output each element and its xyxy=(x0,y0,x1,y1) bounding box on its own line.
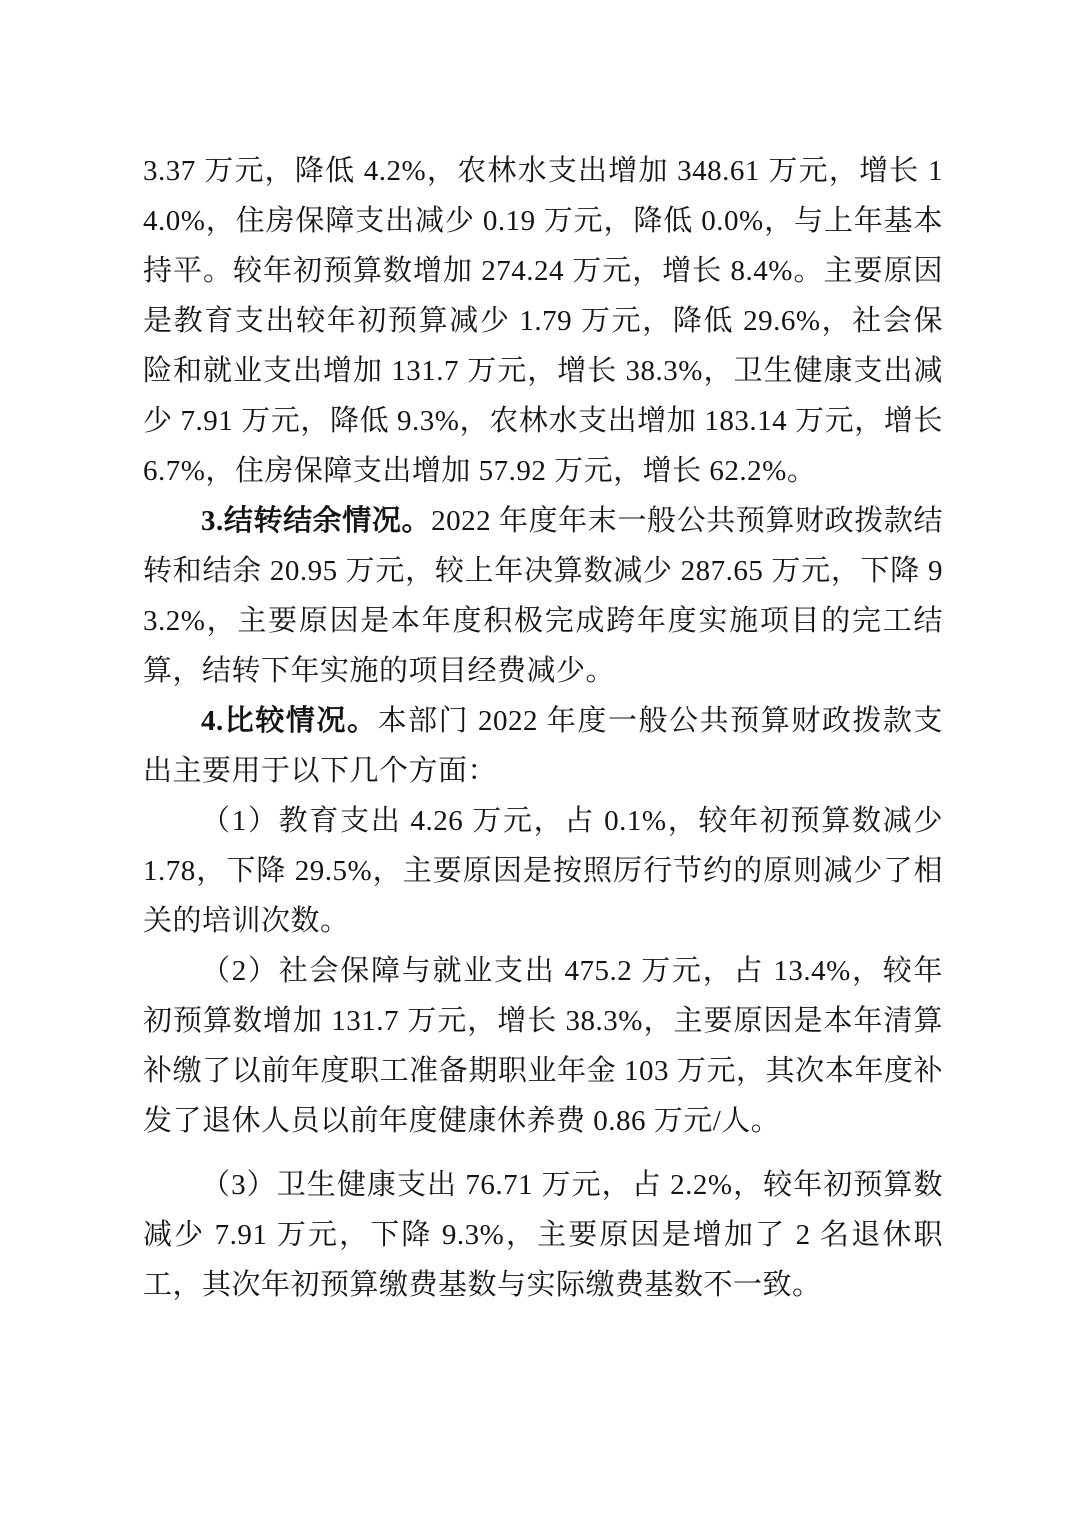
paragraph-carryover-expenditure-comparison: 3.37 万元，降低 4.2%，农林水支出增加 348.61 万元，增长 14.… xyxy=(143,146,943,496)
paragraph-item-2-social-security: （2）社会保障与就业支出 475.2 万元，占 13.4%，较年初预算数增加 1… xyxy=(143,946,943,1146)
document-page: 3.37 万元，降低 4.2%，农林水支出增加 348.61 万元，增长 14.… xyxy=(0,0,1075,1521)
section-3-heading: 3.结转结余情况。 xyxy=(201,505,431,537)
paragraph-item-3-health: （3）卫生健康支出 76.71 万元，占 2.2%，较年初预算数减少 7.91 … xyxy=(143,1160,943,1310)
paragraph-text: （1）教育支出 4.26 万元，占 0.1%，较年初预算数减少 1.78，下降 … xyxy=(143,805,943,937)
paragraph-item-1-education: （1）教育支出 4.26 万元，占 0.1%，较年初预算数减少 1.78，下降 … xyxy=(143,796,943,946)
paragraph-text: （3）卫生健康支出 76.71 万元，占 2.2%，较年初预算数减少 7.91 … xyxy=(143,1169,943,1301)
paragraph-text: 3.37 万元，降低 4.2%，农林水支出增加 348.61 万元，增长 14.… xyxy=(143,155,943,487)
section-4-heading: 4.比较情况。 xyxy=(201,705,378,737)
paragraph-section-3-carryover-balance: 3.结转结余情况。2022 年度年末一般公共预算财政拨款结转和结余 20.95 … xyxy=(143,496,943,696)
paragraph-text: （2）社会保障与就业支出 475.2 万元，占 13.4%，较年初预算数增加 1… xyxy=(143,955,943,1137)
document-body: 3.37 万元，降低 4.2%，农林水支出增加 348.61 万元，增长 14.… xyxy=(143,146,943,1310)
paragraph-section-4-comparison: 4.比较情况。本部门 2022 年度一般公共预算财政拨款支出主要用于以下几个方面… xyxy=(143,696,943,796)
